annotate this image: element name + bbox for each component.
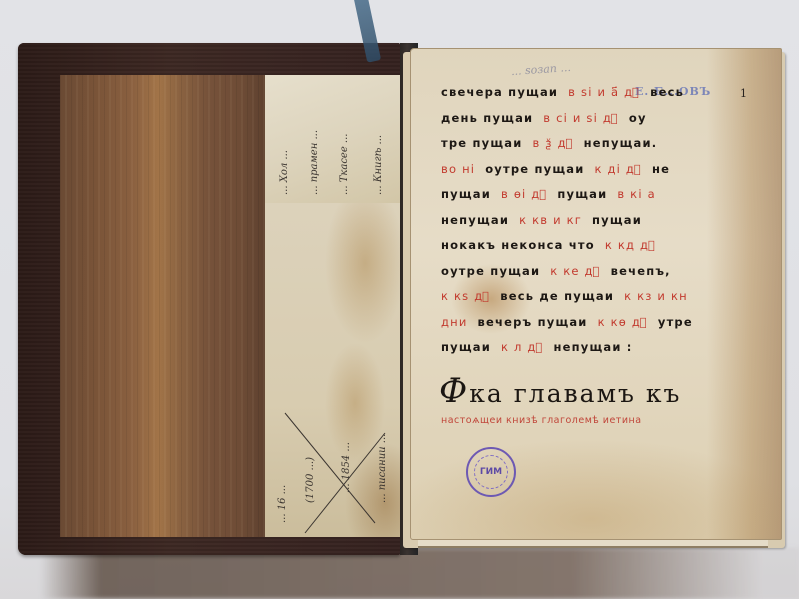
text-segment: оутре пущаи [485,162,584,176]
text-segment: нокакъ неконса что [441,238,595,252]
rubric-segment: во ні [441,162,475,176]
handwriting-line: ... Книгѣ ... [373,135,384,195]
text-segment: весь [650,85,684,99]
pasted-note-top: ... Хол ... ... прамен ... ... Ткасее ..… [265,75,400,204]
rubric-segment: к кѕ дⷭ [441,289,490,303]
rubric-segment: в сі и ѕі дⷭ [543,111,619,125]
text-segment: непущаи. [584,136,658,150]
text-segment: вечеръ пущаи [478,315,588,329]
text-segment: оутре пущаи [441,264,540,278]
rubric-subheading: настоѧщеи книзѣ глаголемѣ иетина [441,415,642,426]
text-segment: не [652,162,670,176]
rubric-segment: к ді дⷭ [594,162,641,176]
handwriting-line: ... Ткасее ... [339,134,350,195]
text-segment: день пущаи [441,111,533,125]
rubric-segment: к кд дⷭ [605,238,656,252]
text-line: тре пущаив ѯ дⷭнепущаи. [441,136,657,150]
text-segment: утре [658,315,693,329]
pasted-note-bottom: ... 16 ... (1700 ...) ... 1854 ... ... п… [265,203,400,537]
rubric-segment: к кв и кг [519,213,582,227]
rubric-segment: к ке дⷭ [550,264,600,278]
text-line: свечера пущаив ѕі и а҃ дⷭвесь [441,85,684,99]
handwriting-line: ... прамен ... [309,130,320,195]
text-segment: весь де пущаи [500,289,614,303]
pencil-annotation: ... ѕозап ... [511,61,572,78]
text-segment: пущаи [441,187,491,201]
rubric-segment: в кі а [617,187,655,201]
rubric-segment: в ѳі дⷭ [501,187,547,201]
text-segment: тре пущаи [441,136,522,150]
stamp-text: ГИМ [480,467,502,477]
wooden-board [60,75,265,537]
text-line: днивечеръ пущаик кѳ дⷭутре [441,315,693,329]
text-line: нокакъ неконса чток кд дⷭ [441,238,656,252]
rubric-segment: к кѳ дⷭ [598,315,648,329]
text-line: пущаик л дⷭнепущаи : [441,340,633,354]
left-board-cover: ... Хол ... ... прамен ... ... Ткасее ..… [18,43,400,555]
rubric-segment: в ѯ дⷭ [532,136,573,150]
rubric-segment: к л дⷭ [501,340,543,354]
table-shadow [40,548,799,599]
text-segment: пущаи [592,213,642,227]
text-segment: непущаи : [553,340,632,354]
page-mark: 1 [740,87,747,100]
text-line: непущаик кв и кгпущаи [441,213,642,227]
chapter-heading: Фка главамъ къ [439,371,681,411]
text-segment: вечепъ, [611,264,671,278]
text-segment: пущаи [557,187,607,201]
ornamental-initial: Ф [439,371,469,411]
text-segment: оу [629,111,647,125]
rubric-segment: к кз и кн [624,289,688,303]
text-segment: пущаи [441,340,491,354]
cross-strokes [265,203,400,537]
text-line: день пущаив сі и ѕі дⷭоу [441,111,647,125]
handwriting-line: ... Хол ... [279,150,290,195]
rubric-segment: в ѕі и а҃ дⷭ [568,85,640,99]
text-line: к кѕ дⷭвесь де пущаик кз и кн [441,289,688,303]
library-stamp: ГИМ [466,447,516,497]
text-line: во ніоутре пущаик ді дⷭне [441,162,670,176]
text-line: оутре пущаик ке дⷭвечепъ, [441,264,671,278]
text-segment: свечера пущаи [441,85,558,99]
heading-text: ка главамъ къ [469,379,681,408]
printed-page: ... ѕозап ... Е. Б...ОВЪ 1 свечера пущаи… [410,48,782,540]
text-line: пущаив ѳі дⷭпущаив кі а [441,187,656,201]
rubric-segment: дни [441,315,468,329]
text-segment: непущаи [441,213,509,227]
